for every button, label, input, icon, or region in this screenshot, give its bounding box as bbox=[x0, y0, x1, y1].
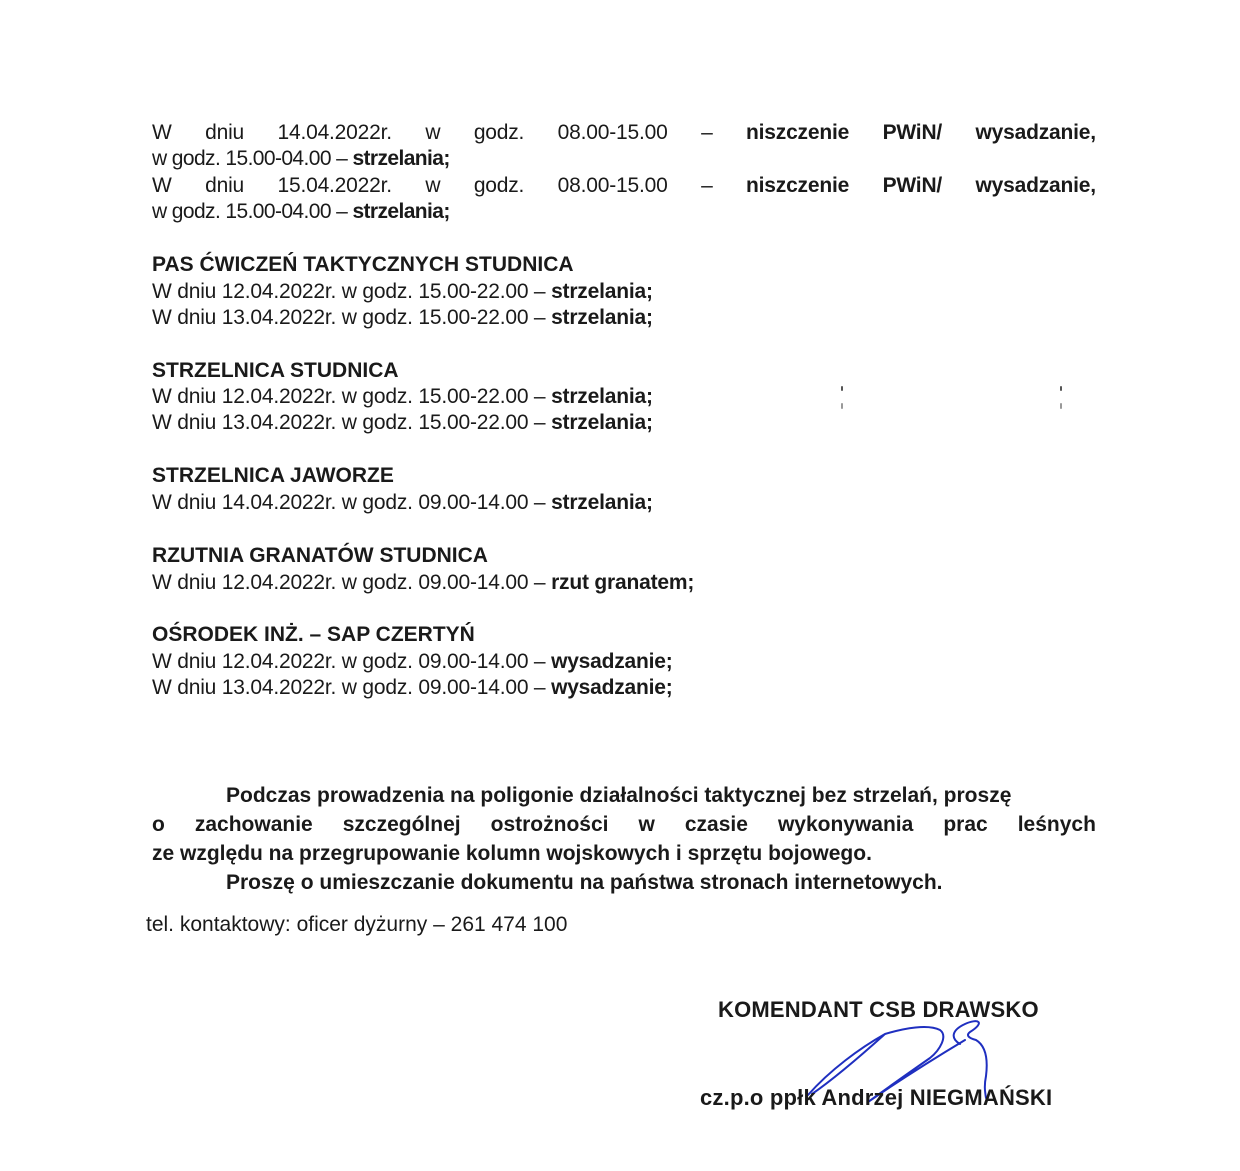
schedule-entry: W dniu 12.04.2022r. w godz. 09.00-14.00 … bbox=[152, 570, 694, 596]
schedule-entry: W dniu 13.04.2022r. w godz. 15.00-22.00 … bbox=[152, 410, 653, 436]
scan-artifact bbox=[841, 386, 843, 391]
activity-text: PWiN/ bbox=[883, 120, 942, 146]
activity-text: wysadzanie, bbox=[976, 120, 1096, 146]
activity-text: strzelania; bbox=[551, 385, 653, 408]
schedule-entry: W dniu 12.04.2022r. w godz. 15.00-22.00 … bbox=[152, 279, 653, 305]
scan-artifact bbox=[841, 403, 843, 409]
activity-text: PWiN/ bbox=[883, 173, 942, 199]
activity-text: strzelania; bbox=[551, 411, 653, 434]
schedule-text: W dniu 12.04.2022r. w godz. 15.00-22.00 … bbox=[152, 280, 551, 303]
activity-text: wysadzanie; bbox=[551, 650, 673, 673]
scan-artifact bbox=[1060, 386, 1062, 391]
text: szczególnej bbox=[343, 810, 461, 839]
schedule-text: W dniu 12.04.2022r. w godz. 15.00-22.00 … bbox=[152, 385, 551, 408]
schedule-text: W dniu 13.04.2022r. w godz. 15.00-22.00 … bbox=[152, 306, 551, 329]
text: zachowanie bbox=[195, 810, 313, 839]
section-heading-rzutnia-granatow: RZUTNIA GRANATÓW STUDNICA bbox=[152, 543, 488, 569]
schedule-entry: W dniu 12.04.2022r. w godz. 09.00-14.00 … bbox=[152, 649, 673, 675]
activity-text: rzut granatem; bbox=[551, 571, 694, 594]
schedule-text: W dniu 13.04.2022r. w godz. 09.00-14.00 … bbox=[152, 676, 551, 699]
text: dniu bbox=[205, 120, 244, 146]
activity-text: wysadzanie, bbox=[976, 173, 1096, 199]
activity-text: strzelania; bbox=[551, 306, 653, 329]
activity-text: strzelania; bbox=[551, 491, 653, 514]
text: W bbox=[152, 120, 172, 146]
text: 14.04.2022r. bbox=[278, 120, 392, 146]
section-heading-strzelnica-jaworze: STRZELNICA JAWORZE bbox=[152, 463, 394, 489]
intro-entry-1-line-1: W dniu 14.04.2022r. w godz. 08.00-15.00 … bbox=[152, 120, 1096, 146]
activity-text: strzelania; bbox=[352, 147, 449, 170]
text: o bbox=[152, 810, 165, 839]
section-heading-strzelnica-studnica: STRZELNICA STUDNICA bbox=[152, 358, 399, 384]
text: dniu bbox=[205, 173, 244, 199]
text: leśnych bbox=[1018, 810, 1096, 839]
scan-artifact bbox=[1060, 403, 1062, 409]
activity-text: niszczenie bbox=[746, 120, 849, 146]
activity-text: strzelania; bbox=[352, 200, 449, 223]
text: – bbox=[701, 173, 712, 199]
text: w bbox=[425, 120, 440, 146]
schedule-text: W dniu 13.04.2022r. w godz. 15.00-22.00 … bbox=[152, 411, 551, 434]
text: godz. bbox=[474, 173, 524, 199]
notice-line-2: o zachowanie szczególnej ostrożności w c… bbox=[152, 810, 1096, 839]
schedule-text: w godz. 15.00-04.00 – bbox=[152, 147, 352, 170]
schedule-text: W dniu 14.04.2022r. w godz. 09.00-14.00 … bbox=[152, 491, 551, 514]
text: wykonywania bbox=[778, 810, 913, 839]
activity-text: strzelania; bbox=[551, 280, 653, 303]
activity-text: wysadzanie; bbox=[551, 676, 673, 699]
text: 15.04.2022r. bbox=[278, 173, 392, 199]
document-page: W dniu 14.04.2022r. w godz. 08.00-15.00 … bbox=[0, 0, 1240, 1171]
schedule-entry: W dniu 12.04.2022r. w godz. 15.00-22.00 … bbox=[152, 384, 653, 410]
text: w bbox=[639, 810, 655, 839]
text: czasie bbox=[685, 810, 748, 839]
schedule-entry: W dniu 13.04.2022r. w godz. 09.00-14.00 … bbox=[152, 675, 673, 701]
intro-entry-1-line-2: w godz. 15.00-04.00 – strzelania; bbox=[152, 146, 450, 172]
schedule-text: W dniu 12.04.2022r. w godz. 09.00-14.00 … bbox=[152, 650, 551, 673]
text: w bbox=[425, 173, 440, 199]
text: W bbox=[152, 173, 172, 199]
notice-line-3: ze względu na przegrupowanie kolumn wojs… bbox=[152, 839, 1096, 868]
text: 08.00-15.00 bbox=[558, 120, 668, 146]
notice-paragraph: Podczas prowadzenia na poligonie działal… bbox=[152, 781, 1096, 897]
contact-phone: tel. kontaktowy: oficer dyżurny – 261 47… bbox=[146, 912, 567, 938]
notice-line-4: Proszę o umieszczanie dokumentu na państ… bbox=[152, 868, 1096, 897]
schedule-text: w godz. 15.00-04.00 – bbox=[152, 200, 352, 223]
schedule-text: W dniu 12.04.2022r. w godz. 09.00-14.00 … bbox=[152, 571, 551, 594]
text: prac bbox=[943, 810, 987, 839]
text: ostrożności bbox=[491, 810, 609, 839]
intro-entry-2-line-2: w godz. 15.00-04.00 – strzelania; bbox=[152, 199, 450, 225]
notice-line-1: Podczas prowadzenia na poligonie działal… bbox=[152, 781, 1096, 810]
activity-text: niszczenie bbox=[746, 173, 849, 199]
text: godz. bbox=[474, 120, 524, 146]
intro-entry-2-line-1: W dniu 15.04.2022r. w godz. 08.00-15.00 … bbox=[152, 173, 1096, 199]
schedule-entry: W dniu 14.04.2022r. w godz. 09.00-14.00 … bbox=[152, 490, 653, 516]
signatory-name: cz.p.o ppłk Andrzej NIEGMAŃSKI bbox=[700, 1085, 1052, 1111]
text: 08.00-15.00 bbox=[558, 173, 668, 199]
section-heading-pas-cwiczen: PAS ĆWICZEŃ TAKTYCZNYCH STUDNICA bbox=[152, 252, 574, 278]
text: – bbox=[701, 120, 712, 146]
section-heading-osrodek-inz: OŚRODEK INŻ. – SAP CZERTYŃ bbox=[152, 622, 475, 648]
schedule-entry: W dniu 13.04.2022r. w godz. 15.00-22.00 … bbox=[152, 305, 653, 331]
